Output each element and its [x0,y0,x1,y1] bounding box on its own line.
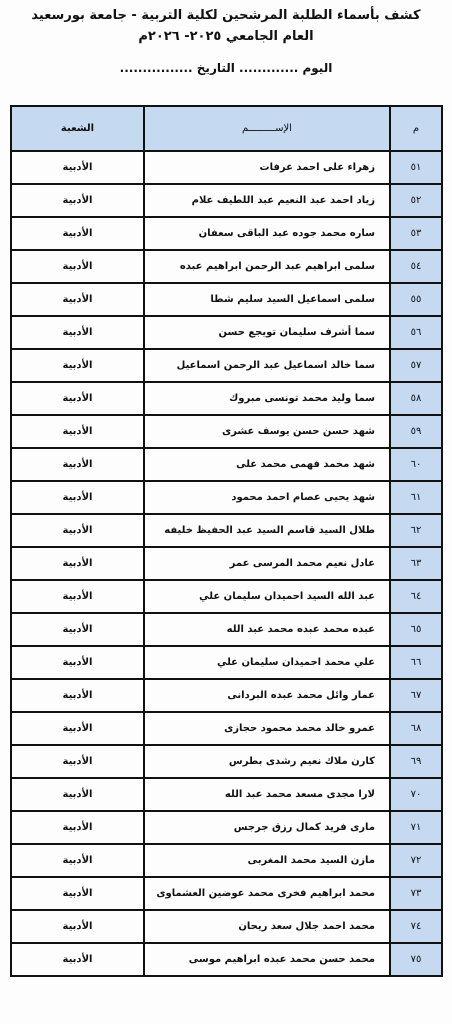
student-name: سما خالد اسماعيل عبد الرحمن اسماعيل [144,349,390,382]
row-number: ٧١ [390,811,442,844]
student-name: ساره محمد جوده عبد الباقى سعفان [144,217,390,250]
branch-cell: الأدبية [11,415,144,448]
table-row: ٥٥سلمى اسماعيل السيد سليم شطاالأدبية [11,283,442,316]
table-row: ٦٨عمرو خالد محمد محمود حجازىالأدبية [11,712,442,745]
student-name: زياد احمد عبد النعيم عبد اللطيف علام [144,184,390,217]
student-name: سلمى اسماعيل السيد سليم شطا [144,283,390,316]
student-name: محمد ابراهيم فخرى محمد عوضين العشماوى [144,877,390,910]
table-row: ٧٣محمد ابراهيم فخرى محمد عوضين العشماوىا… [11,877,442,910]
row-number: ٦٤ [390,580,442,613]
column-header-number: م [390,106,442,151]
row-number: ٥٨ [390,382,442,415]
branch-cell: الأدبية [11,778,144,811]
table-row: ٥١زهراء على احمد عرفاتالأدبية [11,151,442,184]
branch-cell: الأدبية [11,481,144,514]
student-name: شهد محمد فهمى محمد على [144,448,390,481]
branch-cell: الأدبية [11,151,144,184]
branch-cell: الأدبية [11,184,144,217]
table-row: ٦٢طلال السيد قاسم السيد عبد الحفيظ خليفه… [11,514,442,547]
table-row: ٥٣ساره محمد جوده عبد الباقى سعفانالأدبية [11,217,442,250]
branch-cell: الأدبية [11,613,144,646]
student-name: عبد الله السيد احميدان سليمان علي [144,580,390,613]
column-header-branch: الشعبة [11,106,144,151]
row-number: ٦٥ [390,613,442,646]
branch-cell: الأدبية [11,811,144,844]
student-name: سما أشرف سليمان تويجع حسن [144,316,390,349]
student-name: سما وليد محمد تونسى مبروك [144,382,390,415]
branch-cell: الأدبية [11,547,144,580]
row-number: ٧٣ [390,877,442,910]
table-row: ٧٤محمد احمد جلال سعد ريحانالأدبية [11,910,442,943]
branch-cell: الأدبية [11,382,144,415]
table-row: ٥٤سلمى ابراهيم عبد الرحمن ابراهيم عبدهال… [11,250,442,283]
row-number: ٧٢ [390,844,442,877]
table-row: ٦٥عبده محمد عبده محمد عبد اللهالأدبية [11,613,442,646]
branch-cell: الأدبية [11,943,144,976]
student-name: مارى فريد كمال رزق جرجس [144,811,390,844]
branch-cell: الأدبية [11,250,144,283]
table-row: ٥٢زياد احمد عبد النعيم عبد اللطيف علامال… [11,184,442,217]
row-number: ٥٩ [390,415,442,448]
student-name: كارن ملاك نعيم رشدى بطرس [144,745,390,778]
branch-cell: الأدبية [11,448,144,481]
students-table: م الإســـــــــم الشعبة ٥١زهراء على احمد… [10,105,443,977]
branch-cell: الأدبية [11,712,144,745]
branch-cell: الأدبية [11,316,144,349]
branch-cell: الأدبية [11,679,144,712]
row-number: ٥٢ [390,184,442,217]
row-number: ٧٠ [390,778,442,811]
table-row: ٧٠لارا مجدى مسعد محمد عبد اللهالأدبية [11,778,442,811]
table-row: ٦٠شهد محمد فهمى محمد علىالأدبية [11,448,442,481]
table-row: ٥٦سما أشرف سليمان تويجع حسنالأدبية [11,316,442,349]
document-title: كشف بأسماء الطلبة المرشحين لكلية التربية… [0,8,452,23]
table-header-row: م الإســـــــــم الشعبة [11,106,442,151]
branch-cell: الأدبية [11,745,144,778]
table-row: ٧٢مازن السيد محمد المغربىالأدبية [11,844,442,877]
student-name: طلال السيد قاسم السيد عبد الحفيظ خليفه [144,514,390,547]
academic-year: العام الجامعي ٢٠٢٥- ٢٠٢٦م [0,29,452,44]
table-row: ٧٥محمد حسن محمد عبده ابراهيم موسىالأدبية [11,943,442,976]
row-number: ٦٠ [390,448,442,481]
table-row: ٧١مارى فريد كمال رزق جرجسالأدبية [11,811,442,844]
students-table-container: م الإســـــــــم الشعبة ٥١زهراء على احمد… [10,105,443,977]
row-number: ٥٤ [390,250,442,283]
table-row: ٦٩كارن ملاك نعيم رشدى بطرسالأدبية [11,745,442,778]
table-row: ٦٣عادل نعيم محمد المرسى عمرالأدبية [11,547,442,580]
row-number: ٥٧ [390,349,442,382]
row-number: ٦٦ [390,646,442,679]
table-row: ٥٧سما خالد اسماعيل عبد الرحمن اسماعيلالأ… [11,349,442,382]
student-name: شهد يحيى عصام احمد محمود [144,481,390,514]
row-number: ٦١ [390,481,442,514]
row-number: ٧٤ [390,910,442,943]
student-name: محمد احمد جلال سعد ريحان [144,910,390,943]
student-name: عمرو خالد محمد محمود حجازى [144,712,390,745]
day-date-line: اليوم ............. التاريخ ............… [0,61,452,75]
row-number: ٦٩ [390,745,442,778]
branch-cell: الأدبية [11,646,144,679]
student-name: محمد حسن محمد عبده ابراهيم موسى [144,943,390,976]
branch-cell: الأدبية [11,217,144,250]
branch-cell: الأدبية [11,283,144,316]
table-row: ٦٧عمار وائل محمد عبده البردانىالأدبية [11,679,442,712]
branch-cell: الأدبية [11,349,144,382]
row-number: ٦٢ [390,514,442,547]
table-row: ٥٨سما وليد محمد تونسى مبروكالأدبية [11,382,442,415]
table-row: ٥٩شهد حسن حسن يوسف عشرىالأدبية [11,415,442,448]
row-number: ٥٦ [390,316,442,349]
branch-cell: الأدبية [11,910,144,943]
student-name: مازن السيد محمد المغربى [144,844,390,877]
row-number: ٦٧ [390,679,442,712]
student-name: شهد حسن حسن يوسف عشرى [144,415,390,448]
row-number: ٥٥ [390,283,442,316]
table-row: ٦٤عبد الله السيد احميدان سليمان عليالأدب… [11,580,442,613]
student-name: زهراء على احمد عرفات [144,151,390,184]
row-number: ٧٥ [390,943,442,976]
column-header-name: الإســـــــــم [144,106,390,151]
branch-cell: الأدبية [11,514,144,547]
table-row: ٦٦علي محمد احميدان سليمان عليالأدبية [11,646,442,679]
student-name: لارا مجدى مسعد محمد عبد الله [144,778,390,811]
branch-cell: الأدبية [11,580,144,613]
branch-cell: الأدبية [11,844,144,877]
row-number: ٥١ [390,151,442,184]
branch-cell: الأدبية [11,877,144,910]
row-number: ٦٨ [390,712,442,745]
row-number: ٥٣ [390,217,442,250]
student-name: عبده محمد عبده محمد عبد الله [144,613,390,646]
student-name: عادل نعيم محمد المرسى عمر [144,547,390,580]
student-name: عمار وائل محمد عبده البردانى [144,679,390,712]
student-name: سلمى ابراهيم عبد الرحمن ابراهيم عبده [144,250,390,283]
row-number: ٦٣ [390,547,442,580]
student-name: علي محمد احميدان سليمان علي [144,646,390,679]
table-row: ٦١شهد يحيى عصام احمد محمودالأدبية [11,481,442,514]
